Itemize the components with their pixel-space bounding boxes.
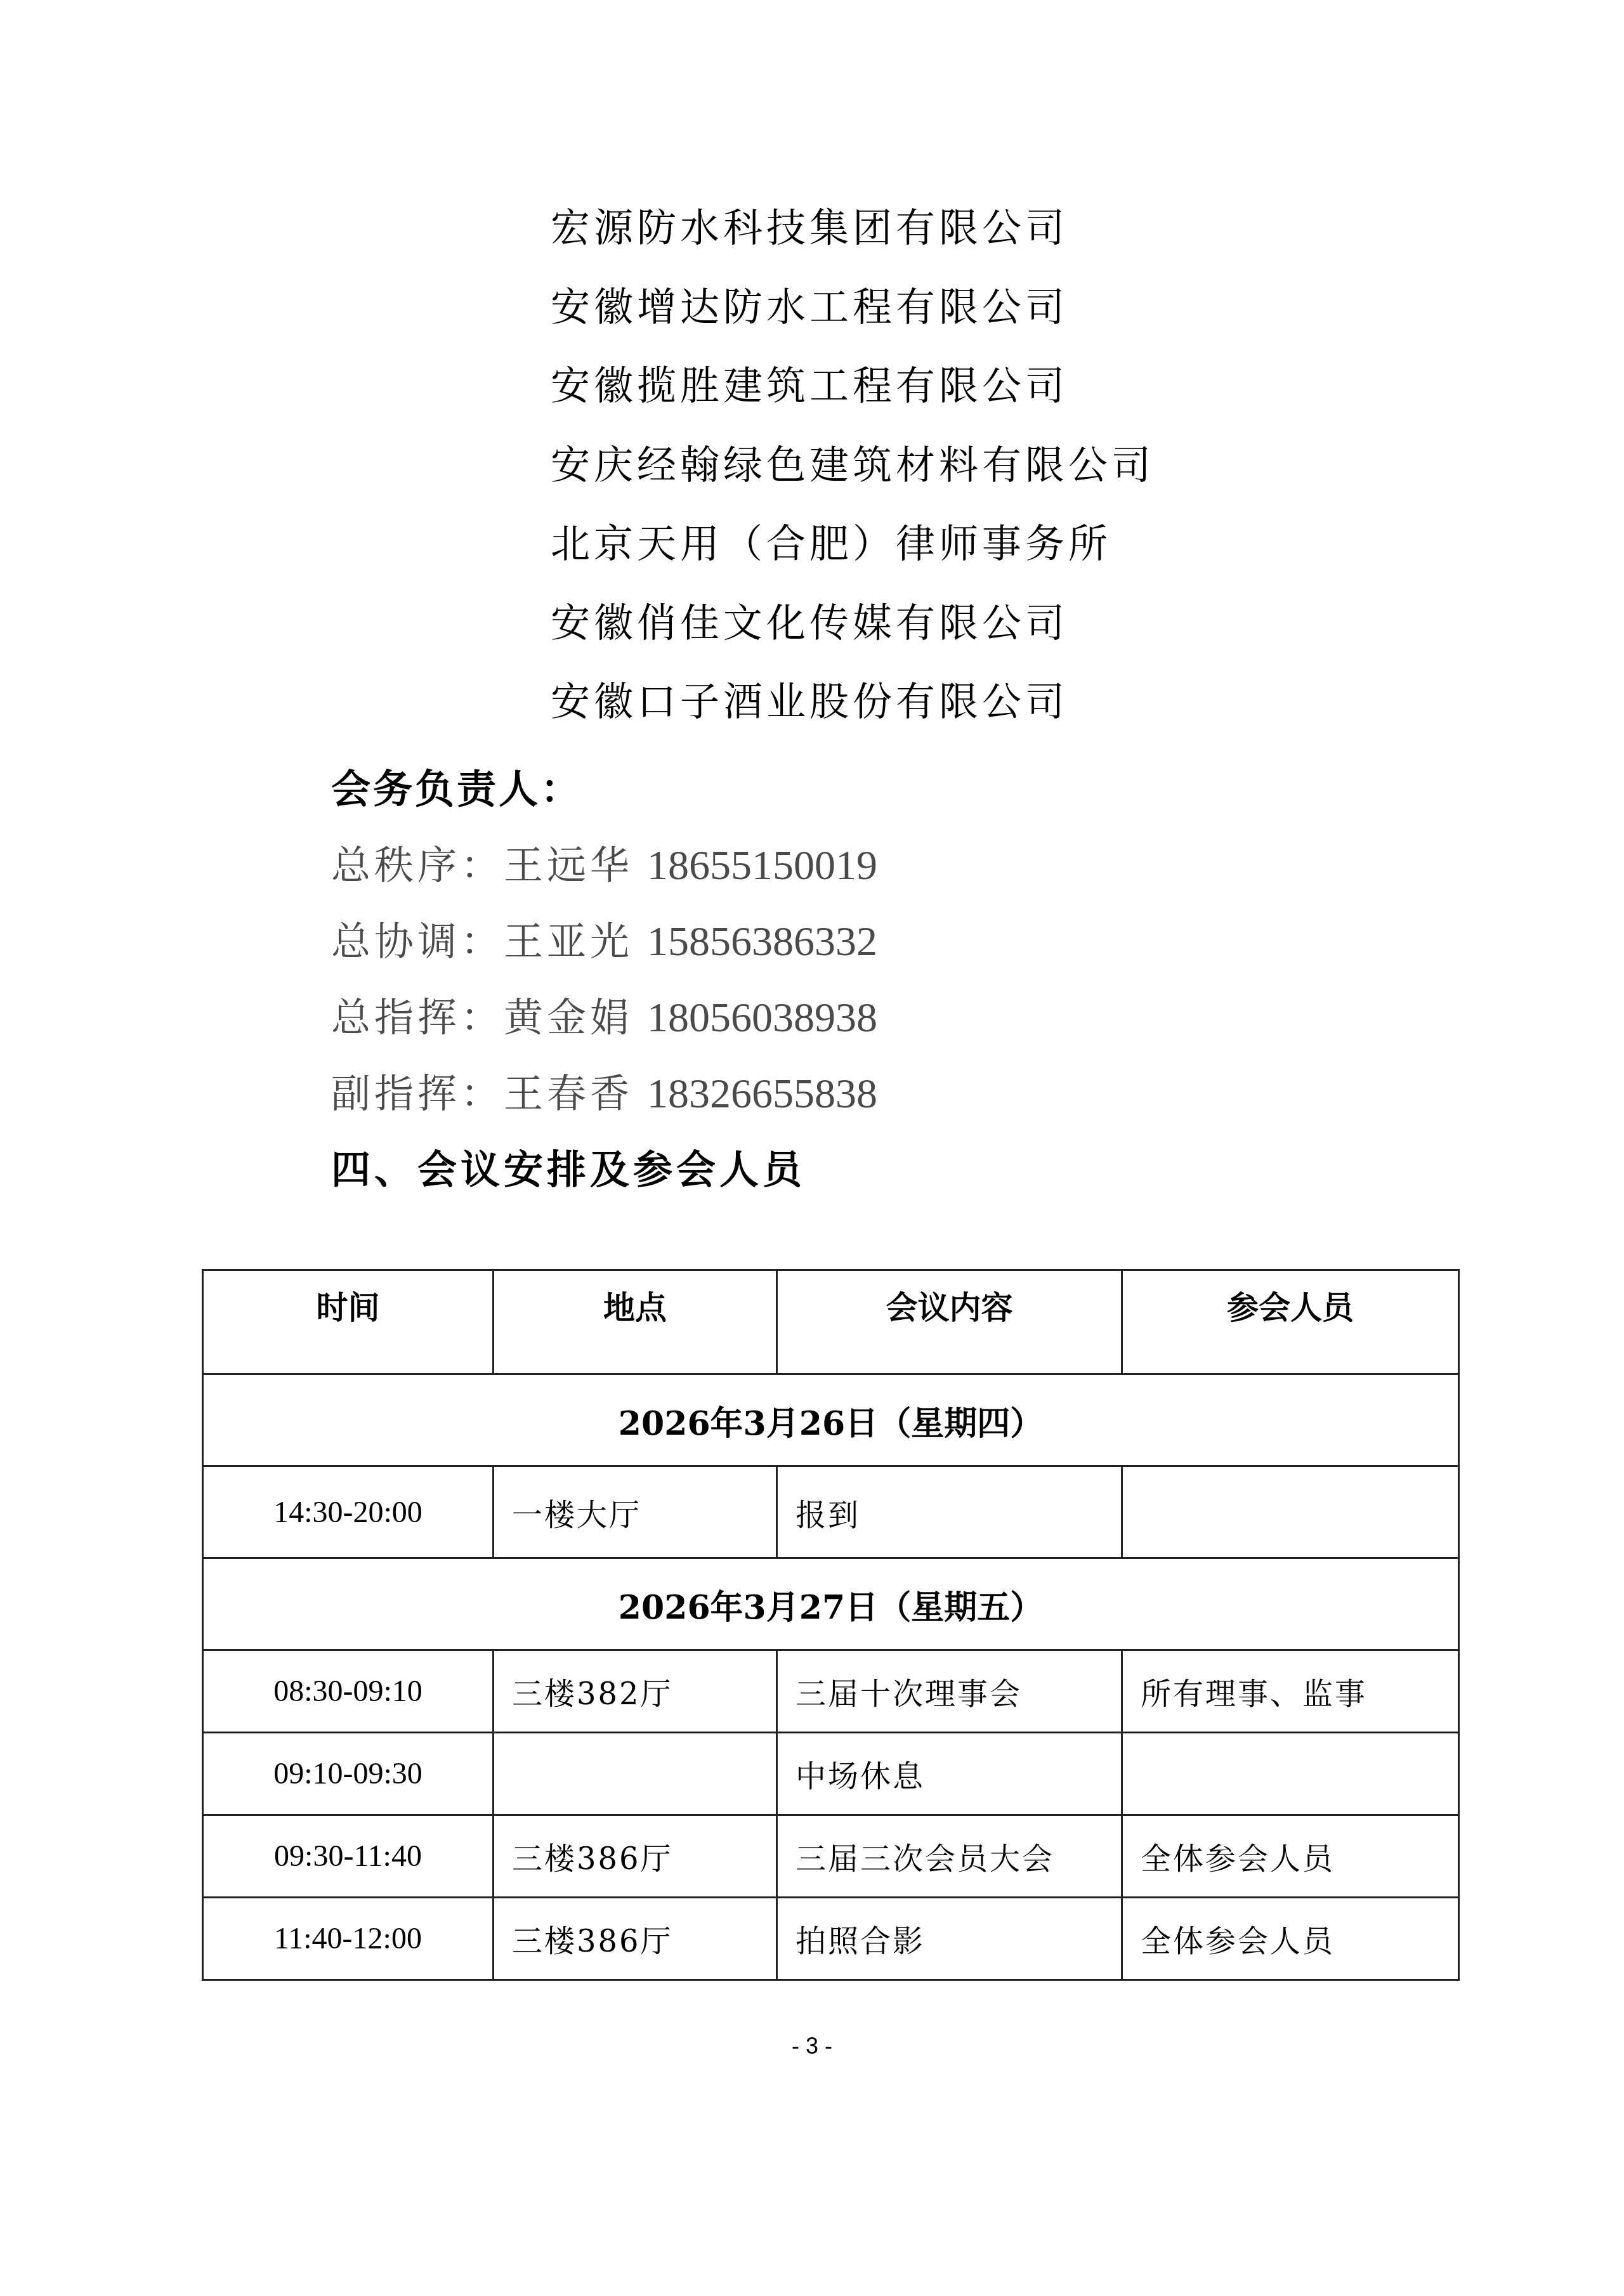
contact-name: 王远华 bbox=[504, 842, 633, 889]
table-row: 09:30-11:40 三楼386厅 三届三次会员大会 全体参会人员 bbox=[203, 1815, 1459, 1898]
company-item: 安徽口子酒业股份有限公司 bbox=[551, 677, 1155, 756]
time-cell: 08:30-09:10 bbox=[203, 1650, 494, 1733]
date-row: 2026年3月27日（星期五） bbox=[203, 1558, 1459, 1650]
company-item: 安徽揽胜建筑工程有限公司 bbox=[551, 361, 1155, 440]
attendees-cell bbox=[1122, 1733, 1459, 1815]
document-page: 宏源防水科技集团有限公司 安徽增达防水工程有限公司 安徽揽胜建筑工程有限公司 安… bbox=[0, 0, 1624, 2296]
company-item: 安庆经翰绿色建筑材料有限公司 bbox=[551, 440, 1155, 519]
header-attendees: 参会人员 bbox=[1122, 1270, 1459, 1374]
contact-role: 总指挥： bbox=[331, 995, 504, 1041]
content-cell: 三届三次会员大会 bbox=[777, 1815, 1122, 1898]
contact-phone: 18655150019 bbox=[647, 842, 877, 889]
table-row: 14:30-20:00 一楼大厅 报到 bbox=[203, 1466, 1459, 1558]
content-cell: 中场休息 bbox=[777, 1733, 1122, 1815]
date-cell: 2026年3月26日（星期四） bbox=[203, 1374, 1459, 1466]
place-cell: 一楼大厅 bbox=[494, 1466, 777, 1558]
place-cell: 三楼382厅 bbox=[494, 1650, 777, 1733]
content-cell: 报到 bbox=[777, 1466, 1122, 1558]
contact-phone: 18056038938 bbox=[647, 995, 877, 1041]
contact-name: 王亚光 bbox=[504, 918, 633, 965]
contact-name: 黄金娟 bbox=[504, 995, 633, 1041]
schedule-table: 时间 地点 会议内容 参会人员 2026年3月26日（星期四） 14:30-20… bbox=[202, 1269, 1460, 1981]
time-cell: 14:30-20:00 bbox=[203, 1466, 494, 1558]
contact-phone: 18326655838 bbox=[647, 1071, 877, 1117]
time-cell: 11:40-12:00 bbox=[203, 1898, 494, 1980]
attendees-cell: 所有理事、监事 bbox=[1122, 1650, 1459, 1733]
contacts-list: 总秩序：王远华18655150019 总协调：王亚光15856386332 总指… bbox=[331, 840, 877, 1145]
place-cell: 三楼386厅 bbox=[494, 1815, 777, 1898]
contact-phone: 15856386332 bbox=[647, 918, 877, 965]
page-number: - 3 - bbox=[0, 2033, 1624, 2059]
contact-name: 王春香 bbox=[504, 1071, 633, 1117]
contact-item: 总指挥：黄金娟18056038938 bbox=[331, 993, 877, 1069]
attendees-cell: 全体参会人员 bbox=[1122, 1898, 1459, 1980]
place-cell bbox=[494, 1733, 777, 1815]
time-cell: 09:10-09:30 bbox=[203, 1733, 494, 1815]
contact-item: 总协调：王亚光15856386332 bbox=[331, 916, 877, 993]
time-cell: 09:30-11:40 bbox=[203, 1815, 494, 1898]
company-item: 宏源防水科技集团有限公司 bbox=[551, 203, 1155, 282]
header-time: 时间 bbox=[203, 1270, 494, 1374]
contact-item: 副指挥：王春香18326655838 bbox=[331, 1069, 877, 1145]
table-header-row: 时间 地点 会议内容 参会人员 bbox=[203, 1270, 1459, 1374]
section-heading: 四、会议安排及参会人员 bbox=[331, 1145, 806, 1196]
contacts-heading: 会务负责人： bbox=[331, 764, 582, 815]
date-cell: 2026年3月27日（星期五） bbox=[203, 1558, 1459, 1650]
attendees-cell: 全体参会人员 bbox=[1122, 1815, 1459, 1898]
date-row: 2026年3月26日（星期四） bbox=[203, 1374, 1459, 1466]
company-item: 安徽俏佳文化传媒有限公司 bbox=[551, 598, 1155, 677]
contact-role: 副指挥： bbox=[331, 1071, 504, 1117]
company-item: 北京天用（合肥）律师事务所 bbox=[551, 519, 1155, 598]
table-row: 11:40-12:00 三楼386厅 拍照合影 全体参会人员 bbox=[203, 1898, 1459, 1980]
header-place: 地点 bbox=[494, 1270, 777, 1374]
company-item: 安徽增达防水工程有限公司 bbox=[551, 282, 1155, 362]
contact-role: 总协调： bbox=[331, 918, 504, 965]
content-cell: 三届十次理事会 bbox=[777, 1650, 1122, 1733]
company-list: 宏源防水科技集团有限公司 安徽增达防水工程有限公司 安徽揽胜建筑工程有限公司 安… bbox=[551, 203, 1155, 756]
header-content: 会议内容 bbox=[777, 1270, 1122, 1374]
contact-item: 总秩序：王远华18655150019 bbox=[331, 840, 877, 916]
place-cell: 三楼386厅 bbox=[494, 1898, 777, 1980]
table-row: 08:30-09:10 三楼382厅 三届十次理事会 所有理事、监事 bbox=[203, 1650, 1459, 1733]
table-row: 09:10-09:30 中场休息 bbox=[203, 1733, 1459, 1815]
attendees-cell bbox=[1122, 1466, 1459, 1558]
content-cell: 拍照合影 bbox=[777, 1898, 1122, 1980]
contact-role: 总秩序： bbox=[331, 842, 504, 889]
